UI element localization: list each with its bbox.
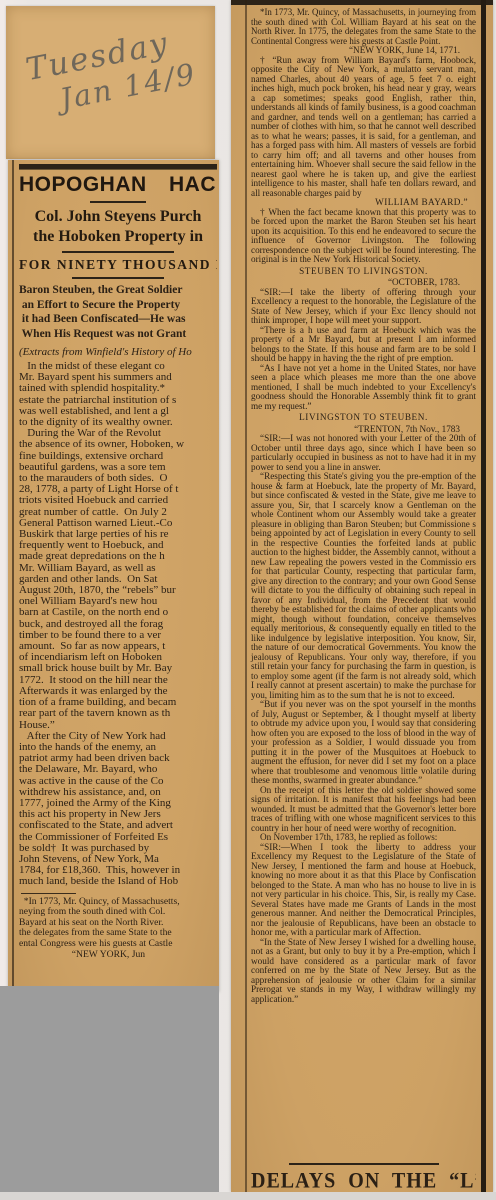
- body-line: Buskirk that large perties of his re: [19, 529, 217, 540]
- left-footnote: *In 1773, Mr. Quincy, of Massachusetts,n…: [19, 897, 217, 961]
- body-line: tion of a frame building, and becam: [19, 697, 217, 708]
- body-paragraph: † “Run away from William Bayard's farm, …: [251, 56, 476, 199]
- body-line: small brick house built by Mr. Bay: [19, 663, 217, 674]
- body-line: Mr. William Bayard, as well as: [19, 563, 217, 574]
- deck-rule: [72, 277, 164, 279]
- footnote-line: *In 1773, Mr. Quincy, of Massachusetts,: [19, 897, 217, 908]
- body-line: fine buildings, extensive orchard: [19, 451, 217, 462]
- body-line: tained with splendid hospitality.*: [19, 383, 217, 394]
- body-line: garden and other lands. On Sat: [19, 574, 217, 585]
- body-paragraph: “SIR:—I take the liberty of offering thr…: [251, 288, 476, 326]
- headline-rule: [90, 201, 146, 203]
- body-line: beautiful gardens, was a sore tem: [19, 462, 217, 473]
- bottom-rule: [289, 1163, 439, 1165]
- newspaper-clipping-right: *In 1773, Mr. Quincy, of Massachusetts, …: [231, 0, 493, 1192]
- footnote-line: neying from the south dined with Col.: [19, 907, 217, 918]
- footnote-line: ental Congress were his guests at Castle: [19, 939, 217, 950]
- subheadline-line: Col. John Steyens Purch: [19, 207, 217, 227]
- page-headline: HOPOGHAN HACKIN: [19, 173, 217, 197]
- body-line: After the City of New York had: [19, 731, 217, 742]
- body-line: During the War of the Revolut: [19, 428, 217, 439]
- deck-headline: FOR NINETY THOUSAND DOL: [19, 257, 217, 273]
- gray-redaction-block: [0, 986, 219, 1192]
- body-line: the absence of its owner, Hoboken, w: [19, 439, 217, 450]
- body-line: the Commissioner of Forfeited Es: [19, 832, 217, 843]
- body-line: onel William Bayard's new hou: [19, 596, 217, 607]
- paper-bottom-strip: [0, 1192, 496, 1200]
- body-line: of incendiarism left on Hoboken: [19, 652, 217, 663]
- left-clipping-content: HOPOGHAN HACKIN Col. John Steyens Purch …: [8, 160, 219, 960]
- body-line: was well established, and lent a gl: [19, 406, 217, 417]
- footnote-line: Bayard at his seat on the North River.: [19, 918, 217, 929]
- body-line: was active in the cause of the Co: [19, 776, 217, 787]
- body-line: Afterwards it was enlarged by the: [19, 686, 217, 697]
- body-line: John Stevens, of New York, Ma: [19, 854, 217, 865]
- body-paragraph: “There is a h use and farm at Hoebuck wh…: [251, 326, 476, 364]
- subhead-rule: [62, 251, 174, 253]
- body-paragraph: “But if you never was on the spot yourse…: [251, 700, 476, 786]
- handwritten-date-note: Tuesday Jan 14/9: [6, 6, 215, 159]
- summary-line: it had Been Confiscated—He was: [19, 312, 217, 327]
- body-paragraph: “In the State of New Jersey I wished for…: [251, 938, 476, 1005]
- body-line: 1777, joined the Army of the King: [19, 798, 217, 809]
- body-line: into the hands of the enemy, an: [19, 742, 217, 753]
- body-paragraph: “SIR:—When I took the liberty to address…: [251, 843, 476, 938]
- right-body-column: *In 1773, Mr. Quincy, of Massachusetts, …: [231, 5, 493, 1160]
- summary-line: an Effort to Secure the Property: [19, 298, 217, 313]
- body-line: to the marauders of both sides. O: [19, 473, 217, 484]
- cut-off-headline: DELAYS ON THE “L” RO'D: [251, 1169, 476, 1192]
- body-line: August 20th, 1870, the “rebels” bur: [19, 585, 217, 596]
- subheadline-line: the Hoboken Property in: [19, 227, 217, 247]
- attribution-line: (Extracts from Winfield's History of Ho: [19, 346, 217, 358]
- body-line: General Pattison warned Lieut.-Co: [19, 518, 217, 529]
- newspaper-clipping-left: HOPOGHAN HACKIN Col. John Steyens Purch …: [8, 160, 219, 992]
- body-line: buck, and destroyed all the forag: [19, 619, 217, 630]
- handwriting: Tuesday Jan 14/9: [23, 19, 213, 121]
- footnote-rule: [21, 893, 76, 894]
- body-line: great number of cattle. On July 2: [19, 507, 217, 518]
- summary-line: When His Request was not Grant: [19, 327, 217, 342]
- body-paragraph: On the receipt of this letter the old so…: [251, 786, 476, 834]
- body-line: this act his property in New Jers: [19, 809, 217, 820]
- top-ornament-rule: [19, 164, 217, 169]
- footnote-line: “NEW YORK, Jun: [19, 950, 217, 961]
- body-line: confiscated to the State, and advert: [19, 820, 217, 831]
- body-line: 1784, for £18,360. This, however in: [19, 865, 217, 876]
- body-paragraph: † When the fact became known that this p…: [251, 208, 476, 265]
- right-bottom-section: DELAYS ON THE “L” RO'D: [231, 1160, 493, 1192]
- body-line: withdrew his assistance, and, on: [19, 787, 217, 798]
- body-line: barn at Castile, on the north end o: [19, 607, 217, 618]
- footnote-line: the delegates from the same State to the: [19, 928, 217, 939]
- left-body-column: In the midst of these elegant coMr. Baya…: [19, 361, 217, 888]
- body-line: 28, 1778, a party of Light Horse of t: [19, 484, 217, 495]
- body-line: amount. So far as now appears, t: [19, 641, 217, 652]
- body-line: 1772. It stood on the hill near the: [19, 675, 217, 686]
- body-line: to the dignity of its wealthy owner.: [19, 417, 217, 428]
- body-line: much land, beside the Island of Hob: [19, 876, 217, 887]
- letter-heading: STEUBEN TO LIVINGSTON.: [251, 267, 476, 277]
- summary-block: Baron Steuben, the Great Soldier an Effo…: [19, 283, 217, 341]
- body-line: In the midst of these elegant co: [19, 361, 217, 372]
- body-paragraph: “SIR:—I was not honored with your Letter…: [251, 434, 476, 472]
- body-line: the Delaware, Mr. Bayard, who: [19, 764, 217, 775]
- body-line: made great depredations on the h: [19, 551, 217, 562]
- body-line: timber to be found there to a ver: [19, 630, 217, 641]
- body-line: rear part of the tavern known as th: [19, 708, 217, 719]
- body-paragraph: “Respecting this State's giving you the …: [251, 472, 476, 700]
- body-line: frequently went to Hoebuck, and: [19, 540, 217, 551]
- summary-line: Baron Steuben, the Great Soldier: [19, 283, 217, 298]
- body-line: House.”: [19, 720, 217, 731]
- body-line: patriot army had been driven back: [19, 753, 217, 764]
- body-line: triots visited Hoebuck and carried: [19, 495, 217, 506]
- body-line: Mr. Bayard spent his summers and: [19, 372, 217, 383]
- body-line: be sold† It was purchased by: [19, 843, 217, 854]
- body-paragraph: “As I have not yet a home in the United …: [251, 364, 476, 412]
- letter-heading: LIVINGSTON TO STEUBEN.: [251, 413, 476, 423]
- footnote-paragraph: *In 1773, Mr. Quincy, of Massachusetts, …: [251, 8, 476, 46]
- body-line: estate the patriarchal institution of s: [19, 395, 217, 406]
